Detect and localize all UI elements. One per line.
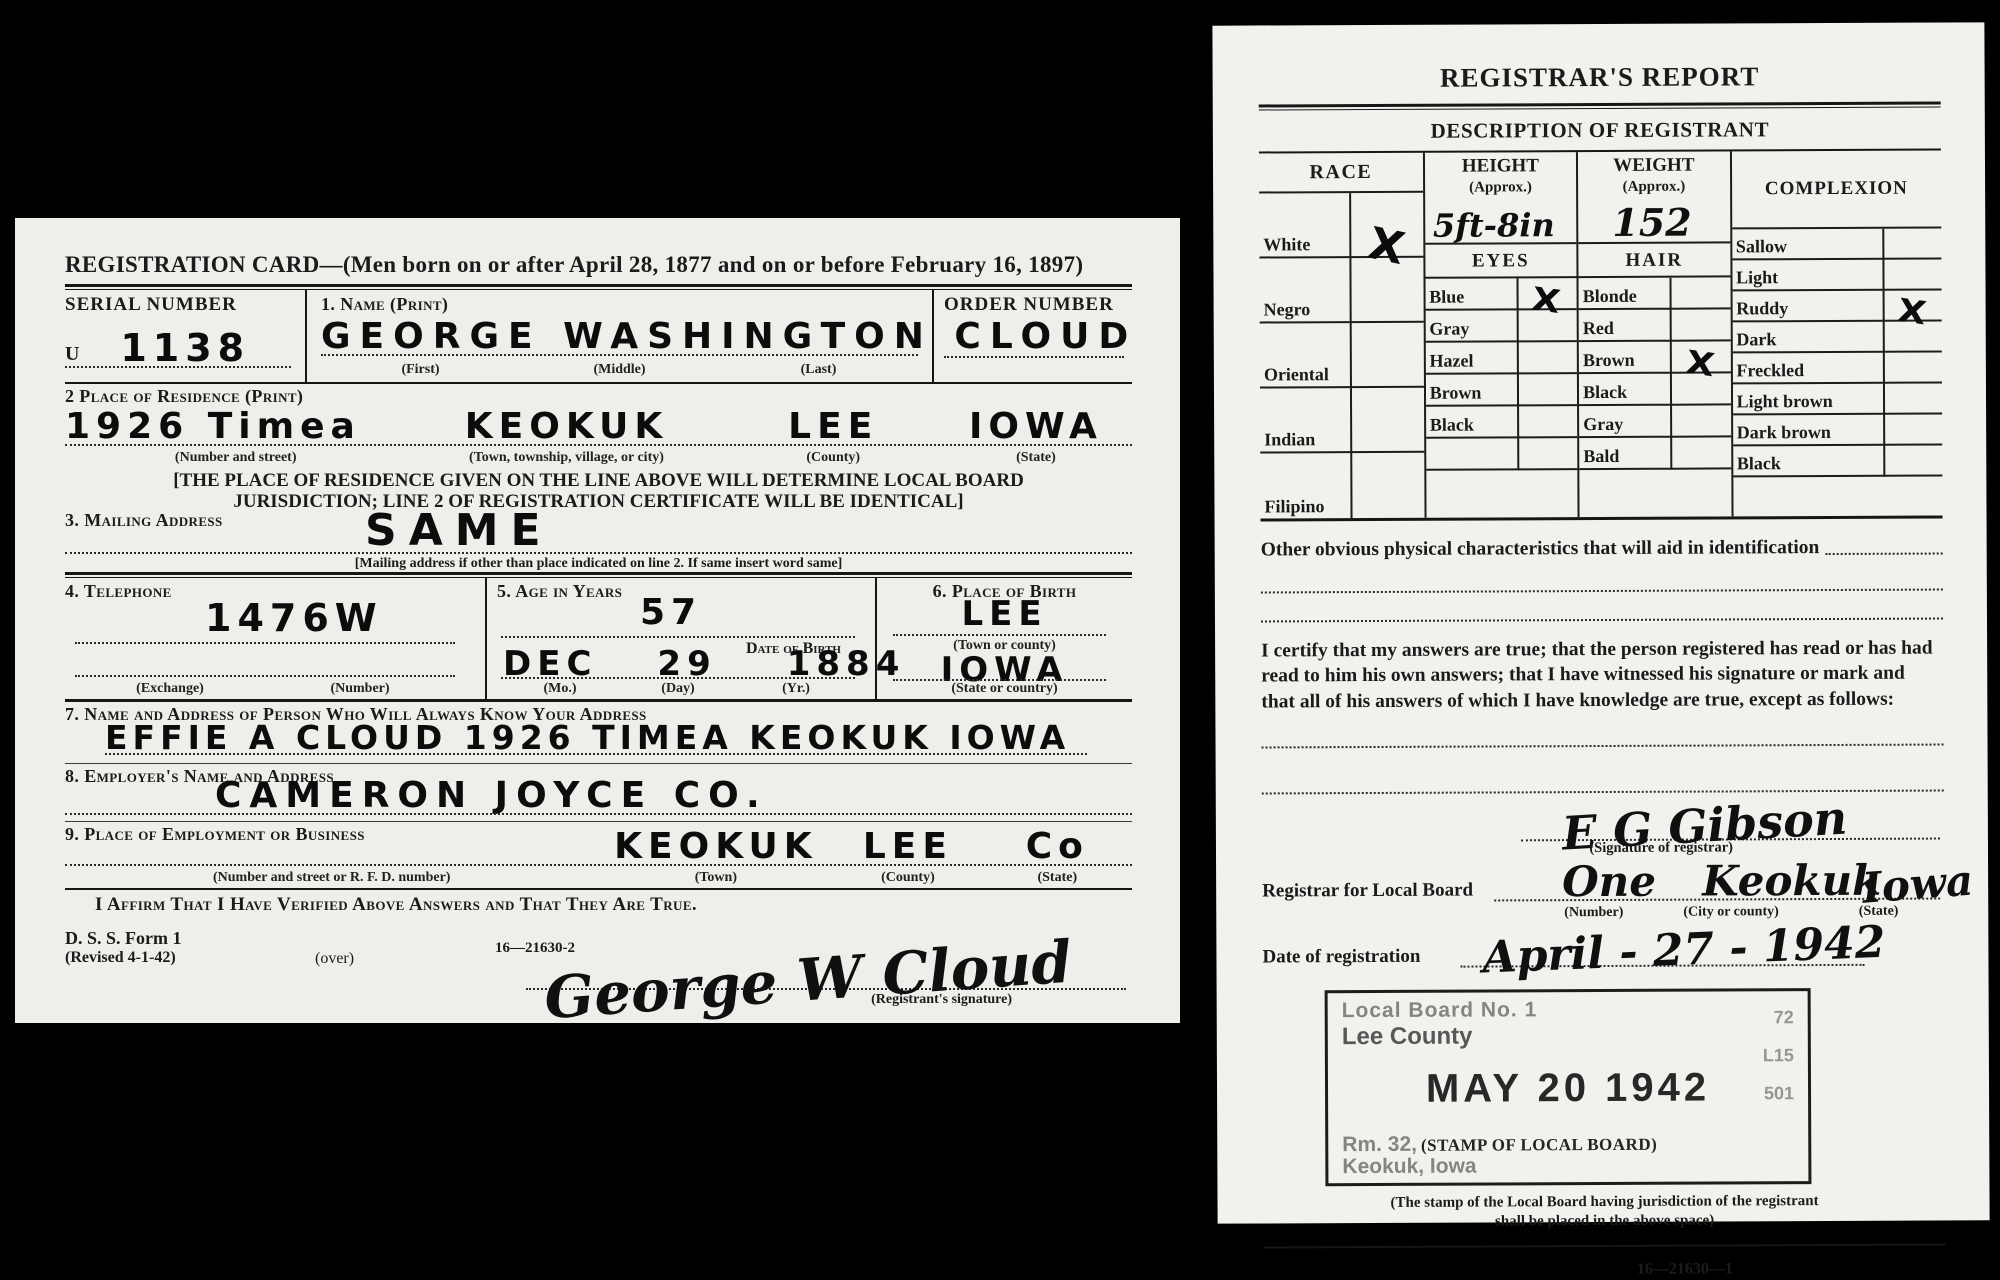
name-sublabels: (First) (Middle) (Last) bbox=[321, 362, 918, 378]
registration-card-title: REGISTRATION CARD—(Men born on or after … bbox=[65, 252, 1132, 278]
registrant-signature-sublabel: (Registrant's signature) bbox=[871, 992, 1012, 1008]
notice-line-1: [THE PLACE OF RESIDENCE GIVEN ON THE LIN… bbox=[65, 470, 1132, 491]
residence-sublabels: (Number and street) (Town, township, vil… bbox=[65, 450, 1132, 466]
weight-value: 152 bbox=[1612, 205, 1691, 240]
employment-town-value: Keokuk bbox=[599, 830, 834, 864]
race-checkbox bbox=[1350, 386, 1424, 388]
local-board-number-value: One bbox=[1562, 863, 1656, 901]
race-row-white: White X bbox=[1259, 193, 1423, 259]
complexion-body: Sallow Light Ruddy X Dark Freckled bbox=[1732, 229, 1942, 478]
complexion-row-sallow: Sallow bbox=[1732, 229, 1942, 261]
eyes-checkbox bbox=[1517, 468, 1578, 470]
eyes-option-label: Blue bbox=[1425, 286, 1516, 310]
employment-line: Keokuk Lee Co bbox=[65, 830, 1132, 866]
race-row-indian: Indian bbox=[1260, 388, 1424, 454]
name-cell: 1. Name (Print) George Washington Cloud … bbox=[305, 290, 932, 382]
eyes-checkbox bbox=[1517, 436, 1578, 438]
race-checkbox bbox=[1350, 451, 1424, 453]
local-board-sub-city: (City or county) bbox=[1683, 904, 1778, 920]
dob-line bbox=[501, 677, 855, 679]
residence-line: 1926 Timea Keokuk Lee Iowa bbox=[65, 410, 1132, 446]
print-code-left: 16—21630-2 bbox=[495, 940, 575, 957]
double-rule bbox=[1259, 102, 1941, 111]
hair-row-gray: Gray bbox=[1579, 405, 1731, 438]
telephone-sub-number: (Number) bbox=[265, 681, 455, 697]
complexion-checkbox bbox=[1883, 382, 1942, 384]
local-board-city-value: Keokuk bbox=[1702, 862, 1881, 901]
weight-header: WEIGHT (Approx.) bbox=[1578, 151, 1730, 200]
hair-checkbox bbox=[1670, 339, 1731, 341]
hair-row-brown: Brown X bbox=[1579, 341, 1731, 374]
eyes-option-label: Black bbox=[1426, 414, 1517, 438]
employer-line bbox=[65, 813, 1132, 815]
residence-street-value: 1926 Timea bbox=[65, 410, 406, 444]
complexion-row-ruddy: Ruddy X bbox=[1732, 291, 1942, 323]
hair-option-label: Black bbox=[1579, 382, 1670, 406]
complexion-row-black: Black bbox=[1733, 446, 1943, 478]
eyes-checkbox bbox=[1516, 340, 1577, 342]
other-characteristics-row: Other obvious physical characteristics t… bbox=[1261, 537, 1943, 562]
eyes-row-blank bbox=[1426, 438, 1578, 471]
complexion-option-label: Ruddy bbox=[1732, 298, 1883, 323]
dob-sub-year: (Yr.) bbox=[737, 681, 855, 697]
certification-text: I certify that my answers are true; that… bbox=[1261, 636, 1943, 715]
eyes-row-black: Black bbox=[1426, 406, 1578, 439]
eyes-checkbox bbox=[1517, 404, 1578, 406]
x-mark: X bbox=[1365, 225, 1407, 267]
complexion-checkbox bbox=[1884, 444, 1943, 446]
employment-sub-state: (State) bbox=[983, 870, 1132, 886]
form-number-block: D. S. S. Form 1 (Revised 4-1-42) bbox=[65, 928, 182, 967]
complexion-option-label: Dark brown bbox=[1733, 422, 1884, 447]
registrar-signature-block: E G Gibson (Signature of registrar) bbox=[1262, 792, 1944, 859]
birth-town-line bbox=[893, 634, 1106, 636]
weight-header-text: WEIGHT bbox=[1578, 155, 1730, 176]
employment-county-value: Lee bbox=[833, 830, 982, 864]
eyes-row-brown: Brown bbox=[1426, 374, 1578, 407]
eyes-option-label: Gray bbox=[1425, 318, 1516, 342]
complexion-option-label: Light bbox=[1732, 267, 1883, 292]
local-board-state-value: Iowa bbox=[1861, 862, 1975, 908]
hair-option-label: Bald bbox=[1579, 446, 1670, 470]
race-header: RACE bbox=[1259, 153, 1423, 194]
x-mark: X bbox=[1531, 287, 1563, 316]
employment-section: 9. Place of Employment or Business Keoku… bbox=[65, 822, 1132, 890]
x-mark: X bbox=[1897, 298, 1929, 327]
mailing-label: 3. Mailing Address bbox=[65, 510, 1132, 531]
hair-checkbox bbox=[1670, 435, 1731, 437]
residence-sub-state: (State) bbox=[940, 450, 1132, 466]
telephone-line-1 bbox=[75, 642, 455, 644]
place-of-birth-cell: 6. Place of Birth Lee (Town or county) I… bbox=[875, 578, 1132, 699]
name-sub-middle: (Middle) bbox=[520, 362, 719, 378]
height-value: 5ft-8in bbox=[1433, 211, 1555, 240]
contact-section: 7. Name and Address of Person Who Will A… bbox=[65, 702, 1132, 764]
dob-sub-day: (Day) bbox=[619, 681, 737, 697]
residence-section: 2 Place of Residence (Print) 1926 Timea … bbox=[65, 384, 1132, 468]
registration-card: REGISTRATION CARD—(Men born on or after … bbox=[15, 218, 1180, 1023]
hair-body: Blonde Red Brown X Black Gray bbox=[1579, 277, 1731, 470]
hair-option-label: Gray bbox=[1579, 414, 1670, 438]
registrars-report-card: REGISTRAR'S REPORT DESCRIPTION OF REGIST… bbox=[1212, 22, 1989, 1223]
complexion-header: COMPLEXION bbox=[1731, 151, 1941, 230]
race-checkbox: X bbox=[1349, 221, 1423, 259]
complexion-checkbox bbox=[1883, 289, 1942, 291]
complexion-checkbox bbox=[1883, 413, 1942, 415]
eyes-row-blue: Blue X bbox=[1425, 278, 1577, 311]
serial-prefix: U bbox=[65, 343, 79, 366]
order-number-cell: ORDER NUMBER bbox=[932, 290, 1132, 382]
form-number: D. S. S. Form 1 bbox=[65, 928, 182, 949]
height-header: HEIGHT (Approx.) bbox=[1425, 152, 1577, 201]
age-line bbox=[501, 636, 855, 638]
height-value-cell: 5ft-8in bbox=[1425, 200, 1577, 245]
hair-option-label: Red bbox=[1579, 318, 1670, 342]
race-row-oriental: Oriental bbox=[1260, 323, 1424, 389]
local-board-stamp-box: Local Board No. 1 Lee County 72 L15 501 … bbox=[1325, 988, 1812, 1186]
race-body: White X Negro Oriental Indian Filipino bbox=[1259, 193, 1424, 522]
weight-value-cell: 152 bbox=[1578, 199, 1730, 244]
name-label: 1. Name (Print) bbox=[321, 294, 922, 315]
telephone-sub-exchange: (Exchange) bbox=[75, 681, 265, 697]
complexion-option-label: Sallow bbox=[1732, 236, 1883, 261]
race-option-label: Negro bbox=[1260, 299, 1350, 323]
serial-number-cell: SERIAL NUMBER U 1138 bbox=[65, 290, 305, 382]
stamp-city-line: Keokuk, Iowa bbox=[1342, 1153, 1798, 1179]
other-characteristics-label: Other obvious physical characteristics t… bbox=[1261, 537, 1820, 561]
description-table: RACE White X Negro Oriental Indian bbox=[1259, 151, 1943, 522]
hair-option-label: Blonde bbox=[1579, 286, 1670, 310]
registrar-signature-sublabel: (Signature of registrar) bbox=[1589, 839, 1733, 857]
complexion-checkbox bbox=[1883, 351, 1942, 353]
employment-sublabels: (Number and street or R. F. D. number) (… bbox=[65, 870, 1132, 886]
blank-dotted-line bbox=[1261, 589, 1943, 594]
complexion-column: COMPLEXION Sallow Light Ruddy X Dark bbox=[1729, 151, 1942, 517]
hair-header: HAIR bbox=[1578, 243, 1730, 278]
telephone-cell: 4. Telephone 1476W (Exchange) (Number) bbox=[65, 578, 485, 699]
dob-day-value: 29 bbox=[657, 648, 716, 680]
employment-sub-street: (Number and street or R. F. D. number) bbox=[65, 870, 599, 886]
complexion-option-label: Light brown bbox=[1733, 391, 1884, 416]
hair-checkbox bbox=[1670, 403, 1731, 405]
registrars-report-title: REGISTRAR'S REPORT bbox=[1259, 61, 1941, 95]
date-of-registration-label: Date of registration bbox=[1262, 946, 1420, 969]
eyes-option-label: Hazel bbox=[1425, 350, 1516, 374]
height-approx-text: (Approx.) bbox=[1469, 179, 1532, 195]
complexion-checkbox bbox=[1884, 475, 1943, 477]
eyes-checkbox: X bbox=[1516, 283, 1577, 311]
serial-number-line: U 1138 bbox=[65, 330, 291, 368]
date-of-registration-value: April - 27 - 1942 bbox=[1482, 923, 1886, 978]
serial-name-order-row: SERIAL NUMBER U 1138 1. Name (Print) Geo… bbox=[65, 290, 1132, 384]
stamp-room-line: Rm. 32, bbox=[1342, 1133, 1417, 1156]
date-of-birth-line: Dec 29 1884 bbox=[501, 648, 855, 680]
employer-value: Cameron Joyce Co. bbox=[215, 779, 768, 813]
complexion-row-freckled: Freckled bbox=[1732, 353, 1942, 385]
complexion-row-dark-brown: Dark brown bbox=[1733, 415, 1943, 447]
race-option-label: White bbox=[1259, 234, 1349, 258]
form-footer: D. S. S. Form 1 (Revised 4-1-42) (over) … bbox=[65, 918, 1132, 1010]
race-option-label: Filipino bbox=[1260, 496, 1350, 518]
complexion-checkbox: X bbox=[1883, 294, 1942, 322]
residence-town-value: Keokuk bbox=[406, 410, 726, 444]
employment-state-value: Co bbox=[983, 830, 1132, 864]
birth-town-value: Lee bbox=[877, 598, 1132, 630]
stamp-board-line: Local Board No. 1 bbox=[1342, 997, 1794, 1023]
age-value: 57 bbox=[487, 596, 855, 630]
residence-sub-county: (County) bbox=[727, 450, 940, 466]
registrant-signature-value: George W Cloud bbox=[543, 935, 1074, 1024]
telephone-age-birth-row: 4. Telephone 1476W (Exchange) (Number) 5… bbox=[65, 578, 1132, 702]
age-cell: 5. Age in Years 57 Date of Birth Dec 29 … bbox=[485, 578, 875, 699]
stamp-date: MAY 20 1942 bbox=[1342, 1065, 1794, 1112]
mailing-line bbox=[65, 552, 1132, 554]
residence-state-value: Iowa bbox=[940, 410, 1132, 444]
affirmation-text: I Affirm That I Have Verified Above Answ… bbox=[65, 890, 1132, 918]
complexion-option-label: Freckled bbox=[1732, 360, 1883, 385]
hair-checkbox bbox=[1670, 307, 1731, 309]
weight-approx-text: (Approx.) bbox=[1623, 179, 1686, 195]
contact-value: Effie A Cloud 1926 Timea Keokuk Iowa bbox=[105, 722, 1087, 755]
name-sub-first: (First) bbox=[321, 362, 520, 378]
residence-notice: [THE PLACE OF RESIDENCE GIVEN ON THE LIN… bbox=[65, 468, 1132, 510]
eyes-checkbox bbox=[1516, 372, 1577, 374]
over-note: (over) bbox=[315, 950, 354, 968]
weight-hair-column: WEIGHT (Approx.) 152 HAIR Blonde Red Bro… bbox=[1576, 151, 1731, 517]
local-board-sub-number: (Number) bbox=[1564, 905, 1623, 921]
serial-number-value: 1138 bbox=[120, 330, 250, 366]
order-number-line bbox=[944, 356, 1124, 358]
telephone-value: 1476W bbox=[205, 600, 383, 636]
employment-sub-town: (Town) bbox=[599, 870, 834, 886]
birth-sub-state: (State or country) bbox=[877, 681, 1132, 697]
race-checkbox bbox=[1350, 321, 1424, 323]
race-column: RACE White X Negro Oriental Indian bbox=[1259, 153, 1424, 519]
residence-label: 2 Place of Residence (Print) bbox=[65, 386, 1132, 407]
eyes-option-label bbox=[1426, 467, 1517, 470]
residence-sub-town: (Town, township, village, or city) bbox=[406, 450, 726, 466]
dob-sublabels: (Mo.) (Day) (Yr.) bbox=[501, 681, 855, 697]
hair-checkbox bbox=[1670, 467, 1731, 469]
stamp-of-local-board-caption: (STAMP OF LOCAL BOARD) bbox=[1421, 1135, 1657, 1155]
telephone-sublabels: (Exchange) (Number) bbox=[75, 681, 455, 697]
hair-row-blonde: Blonde bbox=[1579, 277, 1731, 310]
hair-row-red: Red bbox=[1579, 309, 1731, 342]
telephone-line-2 bbox=[75, 675, 455, 677]
complexion-checkbox bbox=[1883, 258, 1942, 260]
hair-row-bald: Bald bbox=[1579, 437, 1731, 470]
name-sub-last: (Last) bbox=[719, 362, 918, 378]
residence-sub-street: (Number and street) bbox=[65, 450, 406, 466]
blank-dotted-line bbox=[1262, 744, 1944, 749]
mailing-sublabel: [Mailing address if other than place ind… bbox=[65, 556, 1132, 572]
race-option-label: Indian bbox=[1260, 429, 1350, 453]
order-number-label: ORDER NUMBER bbox=[944, 294, 1132, 316]
residence-county-value: Lee bbox=[727, 410, 940, 444]
stamp-side-1: 72 bbox=[1763, 999, 1794, 1037]
dob-month-value: Dec bbox=[503, 648, 597, 680]
eyes-header: EYES bbox=[1425, 244, 1577, 279]
stamp-caption: (The stamp of the Local Board having jur… bbox=[1263, 1192, 1945, 1227]
form-revision: (Revised 4-1-42) bbox=[65, 949, 182, 967]
local-board-label: Registrar for Local Board bbox=[1262, 880, 1473, 903]
eyes-row-hazel: Hazel bbox=[1425, 342, 1577, 375]
hair-option-label: Brown bbox=[1579, 350, 1670, 374]
complexion-row-light: Light bbox=[1732, 260, 1942, 292]
hair-checkbox: X bbox=[1670, 346, 1731, 374]
dob-sub-month: (Mo.) bbox=[501, 681, 619, 697]
race-row-filipino: Filipino bbox=[1260, 453, 1424, 519]
employer-section: 8. Employer's Name and Address Cameron J… bbox=[65, 764, 1132, 822]
stamp-county-line: Lee County bbox=[1342, 1021, 1794, 1051]
local-board-block: Registrar for Local Board One Keokuk Iow… bbox=[1262, 856, 1944, 925]
stamp-bottom-lines: Rm. 32, (STAMP OF LOCAL BOARD) Keokuk, I… bbox=[1342, 1131, 1798, 1179]
stamp-caption-line-2: shall be placed in the above space) bbox=[1264, 1210, 1946, 1227]
employment-sub-county: (County) bbox=[833, 870, 982, 886]
complexion-row-light-brown: Light brown bbox=[1733, 384, 1943, 416]
date-of-registration-block: Date of registration April - 27 - 1942 bbox=[1262, 922, 1944, 981]
x-mark: X bbox=[1684, 350, 1716, 379]
race-option-label: Oriental bbox=[1260, 364, 1350, 388]
mailing-value: Same bbox=[365, 510, 553, 552]
complexion-option-label: Dark bbox=[1732, 329, 1883, 354]
name-line: George Washington Cloud bbox=[321, 320, 918, 356]
eyes-option-label: Brown bbox=[1426, 382, 1517, 406]
serial-number-label: SERIAL NUMBER bbox=[65, 294, 305, 316]
height-eyes-column: HEIGHT (Approx.) 5ft-8in EYES Blue X Gra… bbox=[1423, 152, 1578, 518]
description-subtitle: DESCRIPTION OF REGISTRANT bbox=[1259, 117, 1941, 145]
complexion-option-label: Black bbox=[1733, 453, 1884, 478]
height-header-text: HEIGHT bbox=[1425, 156, 1577, 177]
fill-dots bbox=[1825, 553, 1942, 556]
eyes-body: Blue X Gray Hazel Brown Black bbox=[1425, 278, 1577, 471]
mailing-section: 3. Mailing Address Same [Mailing address… bbox=[65, 510, 1132, 572]
blank-dotted-line bbox=[1261, 618, 1943, 623]
